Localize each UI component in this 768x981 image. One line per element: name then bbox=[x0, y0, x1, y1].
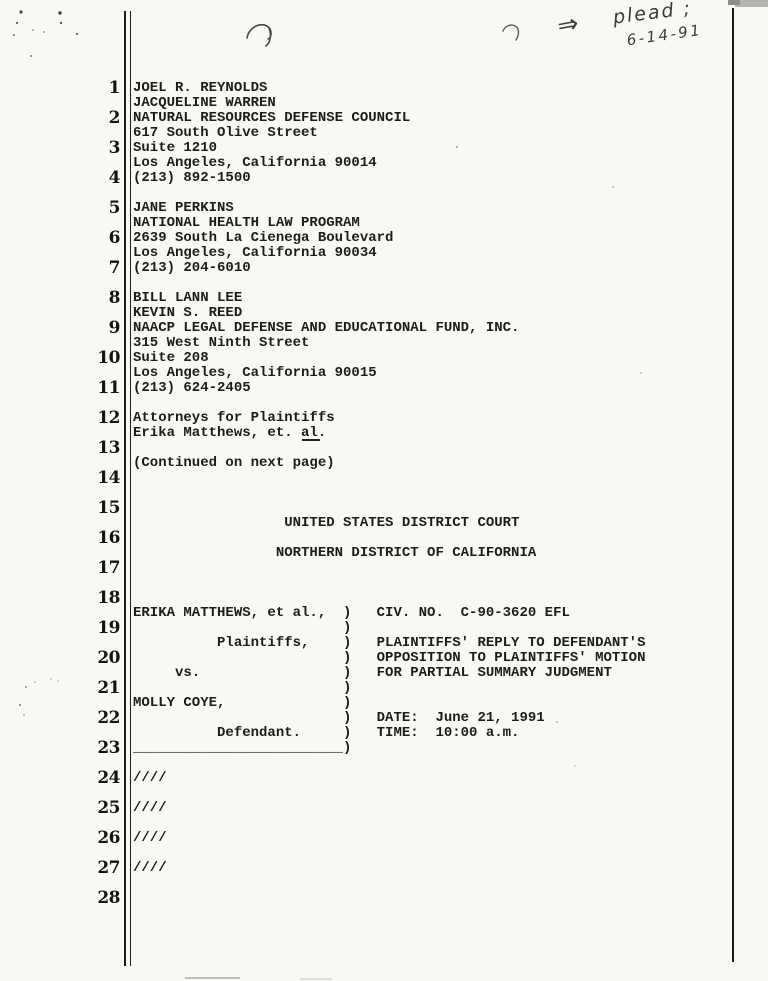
typed-line: Attorneys for Plaintiffs bbox=[133, 411, 335, 426]
pleading-rule-inner bbox=[130, 11, 132, 966]
typed-line: Los Angeles, California 90014 bbox=[133, 156, 377, 171]
typed-line: ) OPPOSITION TO PLAINTIFFS' MOTION bbox=[133, 651, 645, 666]
right-margin-rule bbox=[732, 8, 734, 962]
line-number: 13 bbox=[0, 441, 120, 456]
typed-line: 2639 South La Cienega Boulevard bbox=[133, 231, 393, 246]
line-number: 23 bbox=[0, 741, 120, 756]
typed-line: _________________________) bbox=[133, 741, 351, 756]
arrow-icon: ⇒ bbox=[555, 8, 581, 40]
line-number: 18 bbox=[0, 591, 120, 606]
typed-line: Defendant. ) TIME: 10:00 a.m. bbox=[133, 726, 519, 741]
typed-line: //// bbox=[133, 861, 167, 876]
typed-line: NATIONAL HEALTH LAW PROGRAM bbox=[133, 216, 360, 231]
typed-line: //// bbox=[133, 831, 167, 846]
line-number: 26 bbox=[0, 831, 120, 846]
typed-line: KEVIN S. REED bbox=[133, 306, 242, 321]
typed-line: ERIKA MATTHEWS, et al., ) CIV. NO. C-90-… bbox=[133, 606, 570, 621]
document-page: ⇒ plead ; 6-14-91 1234567891011121314151… bbox=[0, 0, 768, 981]
line-number: 24 bbox=[0, 771, 120, 786]
typed-line: NAACP LEGAL DEFENSE AND EDUCATIONAL FUND… bbox=[133, 321, 519, 336]
typed-line: UNITED STATES DISTRICT COURT bbox=[133, 516, 519, 531]
handwritten-note: ⇒ plead ; 6-14-91 bbox=[554, 0, 747, 65]
line-number: 3 bbox=[0, 141, 120, 156]
line-number: 20 bbox=[0, 651, 120, 666]
typed-line: //// bbox=[133, 801, 167, 816]
typed-line: JOEL R. REYNOLDS bbox=[133, 81, 267, 96]
typed-line: 617 South Olive Street bbox=[133, 126, 318, 141]
typed-line: (Continued on next page) bbox=[133, 456, 335, 471]
line-number: 14 bbox=[0, 471, 120, 486]
typed-line: Suite 1210 bbox=[133, 141, 217, 156]
typed-line: NATURAL RESOURCES DEFENSE COUNCIL bbox=[133, 111, 410, 126]
typed-line: Suite 208 bbox=[133, 351, 209, 366]
typed-line: (213) 624-2405 bbox=[133, 381, 251, 396]
pleading-rule-outer bbox=[124, 11, 126, 966]
typed-line: NORTHERN DISTRICT OF CALIFORNIA bbox=[133, 546, 536, 561]
typed-line: Plaintiffs, ) PLAINTIFFS' REPLY TO DEFEN… bbox=[133, 636, 645, 651]
typed-line: ) bbox=[133, 621, 351, 636]
line-number: 1 bbox=[0, 81, 120, 96]
typed-line: MOLLY COYE, ) bbox=[133, 696, 351, 711]
line-number: 15 bbox=[0, 501, 120, 516]
typed-line: (213) 892-1500 bbox=[133, 171, 251, 186]
line-number: 7 bbox=[0, 261, 120, 276]
typed-line: vs. ) FOR PARTIAL SUMMARY JUDGMENT bbox=[133, 666, 612, 681]
typed-line: BILL LANN LEE bbox=[133, 291, 242, 306]
line-number: 16 bbox=[0, 531, 120, 546]
line-number: 27 bbox=[0, 861, 120, 876]
line-number: 25 bbox=[0, 801, 120, 816]
line-number: 21 bbox=[0, 681, 120, 696]
typed-line: Erika Matthews, et. al. bbox=[133, 426, 326, 441]
typed-line: ) DATE: June 21, 1991 bbox=[133, 711, 545, 726]
line-number: 11 bbox=[0, 381, 120, 396]
typed-line: (213) 204-6010 bbox=[133, 261, 251, 276]
line-number: 19 bbox=[0, 621, 120, 636]
line-number: 10 bbox=[0, 351, 120, 366]
line-number: 28 bbox=[0, 891, 120, 906]
line-number: 17 bbox=[0, 561, 120, 576]
typed-line: Los Angeles, California 90034 bbox=[133, 246, 377, 261]
line-number: 6 bbox=[0, 231, 120, 246]
line-number: 2 bbox=[0, 111, 120, 126]
typed-line: Los Angeles, California 90015 bbox=[133, 366, 377, 381]
line-number: 12 bbox=[0, 411, 120, 426]
typed-line: 315 West Ninth Street bbox=[133, 336, 309, 351]
line-number: 8 bbox=[0, 291, 120, 306]
line-number: 5 bbox=[0, 201, 120, 216]
typed-line: ) bbox=[133, 681, 351, 696]
line-number: 22 bbox=[0, 711, 120, 726]
typed-line: JACQUELINE WARREN bbox=[133, 96, 276, 111]
typed-line: //// bbox=[133, 771, 167, 786]
typed-line: JANE PERKINS bbox=[133, 201, 234, 216]
line-number: 9 bbox=[0, 321, 120, 336]
line-number: 4 bbox=[0, 171, 120, 186]
